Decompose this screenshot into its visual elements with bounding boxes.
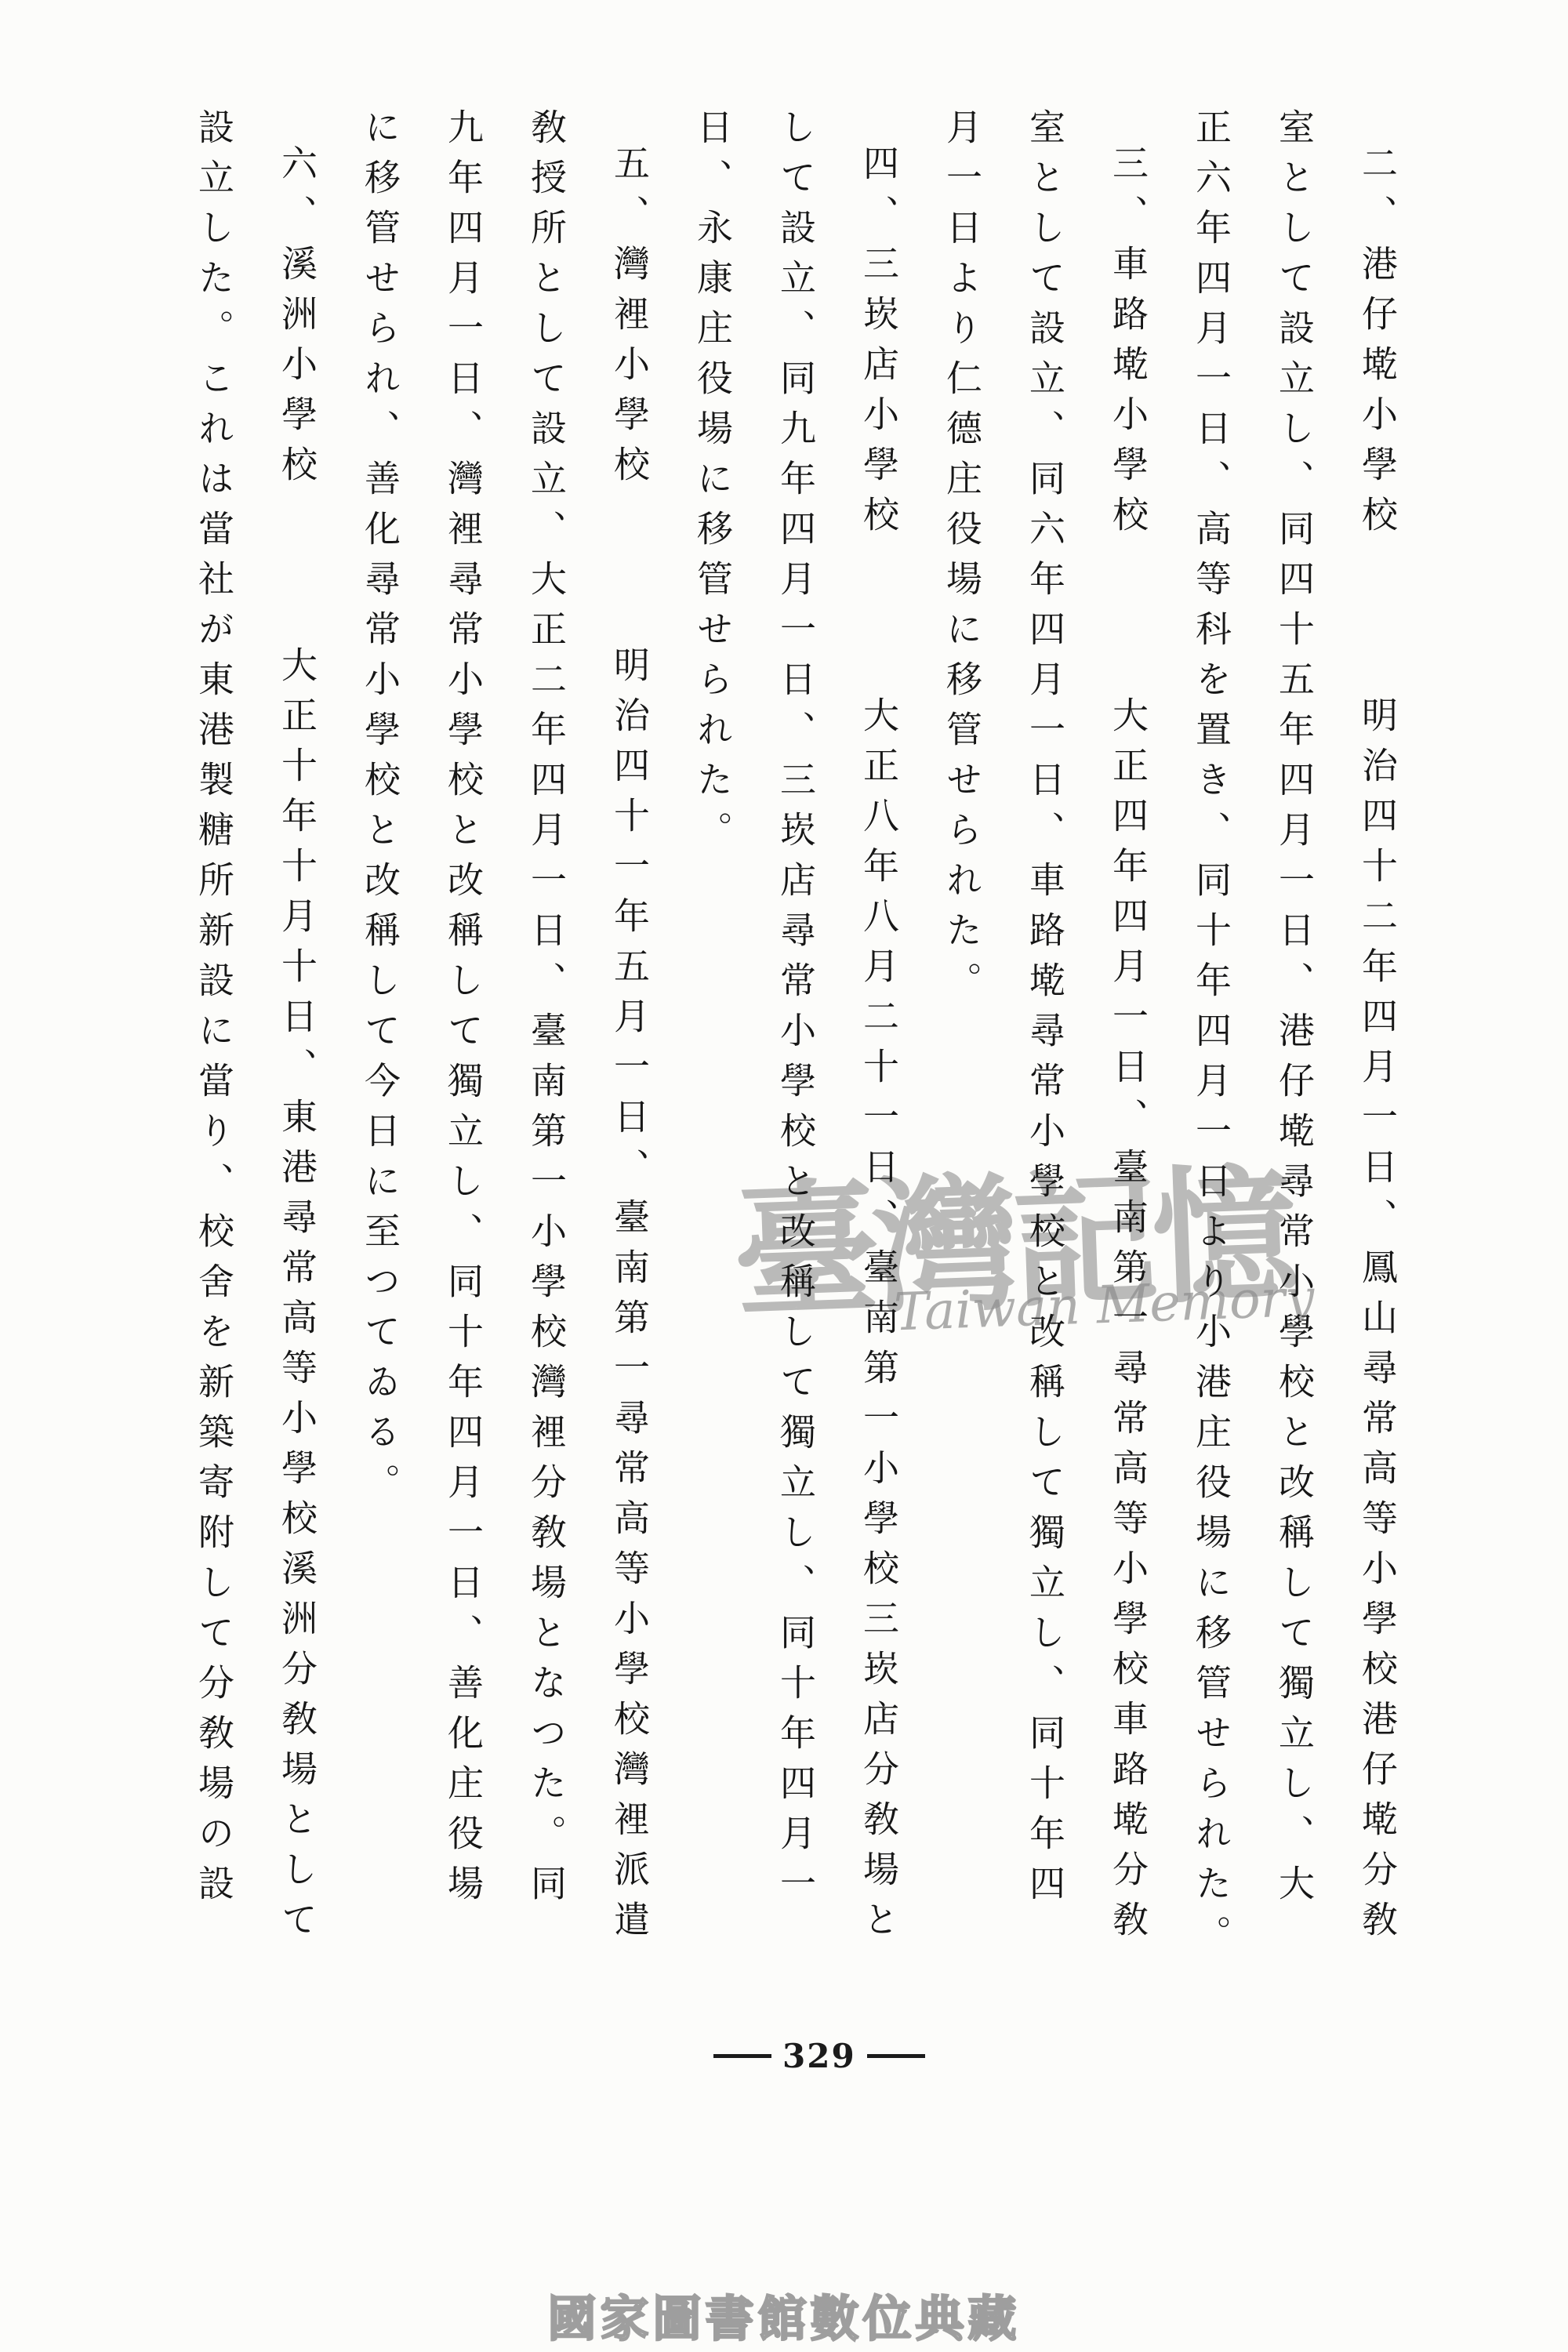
text-column: 三、車路墘小學校 大正四年四月一日、臺南第一尋常高等小學校車路墘分敎 (1087, 108, 1170, 2104)
text-column: 五、灣裡小學校 明治四十一年五月一日、臺南第一尋常高等小學校灣裡派遣 (588, 108, 671, 2104)
text-column: 室として設立し、同四十五年四月一日、港仔墘尋常小學校と改稱して獨立し、大 (1253, 108, 1336, 2068)
page-number-dash-right (867, 2054, 925, 2058)
page-number: 329 (782, 2037, 856, 2075)
text-column: 室として設立、同六年四月一日、車路墘尋常小學校と改稱して獨立し、同十年四 (1004, 108, 1087, 2068)
text-column: 設立した。これは當社が東港製糖所新設に當り、校舍を新築寄附して分敎場の設 (172, 108, 256, 2068)
text-column: に移管せられ、善化尋常小學校と改稱して今日に至つてゐる。 (339, 108, 422, 2068)
text-column: 二、港仔墘小學校 明治四十二年四月一日、鳳山尋常高等小學校港仔墘分敎 (1336, 108, 1419, 2104)
text-column: して設立、同九年四月一日、三崁店尋常小學校と改稱して獨立し、同十年四月一 (754, 108, 837, 2068)
vertical-text-block: 二、港仔墘小學校 明治四十二年四月一日、鳳山尋常高等小學校港仔墘分敎室として設立… (172, 108, 1419, 2104)
text-column: 正六年四月一日、高等科を置き、同十年四月一日より小港庄役場に移管せられた。 (1170, 108, 1253, 2068)
page-number-dash-left (713, 2054, 771, 2058)
archive-footer-banner: 國家圖書館數位典藏 (547, 2280, 1020, 2350)
scanned-book-page: 臺灣記憶 Taiwan Memory 二、港仔墘小學校 明治四十二年四月一日、鳳… (0, 0, 1568, 2352)
text-column: 四、三崁店小學校 大正八年八月二十一日、臺南第一小學校三崁店分敎場と (837, 108, 920, 2104)
page-number-row: 329 (713, 2037, 925, 2075)
text-column: 九年四月一日、灣裡尋常小學校と改稱して獨立し、同十年四月一日、善化庄役場 (422, 108, 505, 2068)
text-column: 日、永康庄役場に移管せられた。 (671, 108, 754, 2068)
text-column: 六、溪洲小學校 大正十年十月十日、東港尋常高等小學校溪洲分敎場として (256, 108, 339, 2104)
text-column: 敎授所として設立、大正二年四月一日、臺南第一小學校灣裡分敎場となつた。同 (505, 108, 588, 2068)
text-column: 月一日より仁德庄役場に移管せられた。 (920, 108, 1004, 2068)
